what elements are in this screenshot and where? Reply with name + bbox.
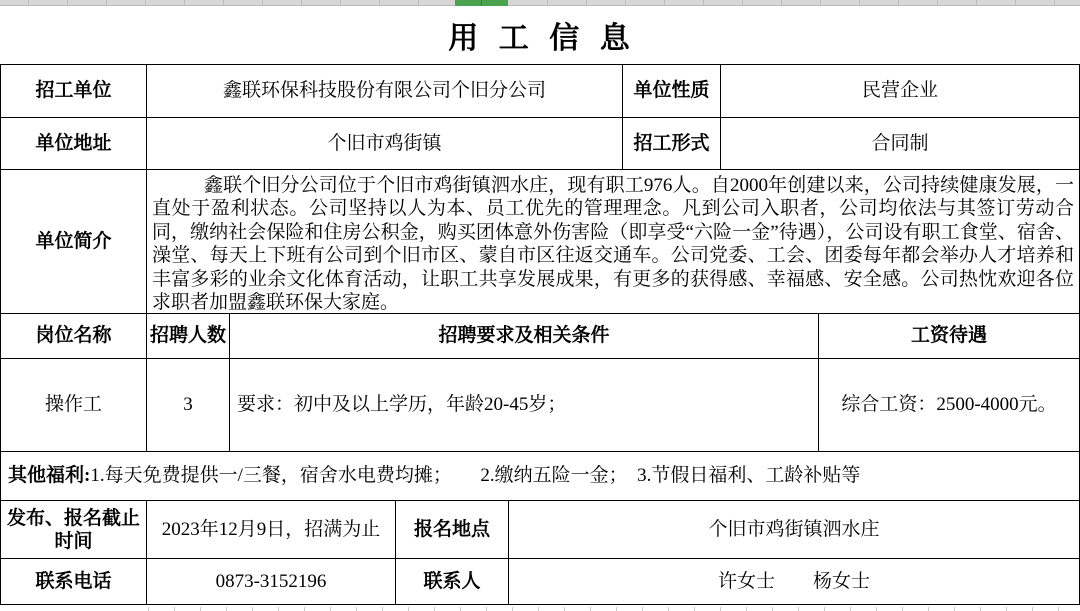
grid-tick: [824, 607, 825, 611]
unit-intro-text-cell[interactable]: 鑫联个旧分公司位于个旧市鸡街镇泗水庄，现有职工976人。自2000年创建以来，公…: [147, 170, 1079, 313]
job-requirements: 要求：初中及以上学历，年龄20-45岁；: [237, 393, 566, 416]
recruit-unit-value: 鑫联环保科技股份有限公司个旧分公司: [223, 79, 546, 102]
title-row[interactable]: 用 工 信 息: [0, 6, 1080, 63]
grid-tick: [304, 607, 305, 611]
jobs-header-salary: 工资待遇: [911, 324, 987, 347]
worksheet-canvas: 用 工 信 息 招工单位 鑫联环保科技股份有限公司个旧分公司 单位性质 民营企业…: [0, 0, 1080, 611]
grid-tick: [720, 607, 721, 611]
jobs-header-headcount: 招聘人数: [150, 324, 226, 347]
grid-tick: [460, 607, 461, 611]
row-unit-intro: 单位简介 鑫联个旧分公司位于个旧市鸡街镇泗水庄，现有职工976人。自2000年创…: [1, 170, 1079, 314]
unit-nature-label-cell[interactable]: 单位性质: [623, 65, 721, 117]
job-headcount-cell[interactable]: 3: [147, 359, 230, 451]
grid-tick: [798, 607, 799, 611]
grid-tick: [616, 607, 617, 611]
employment-info-table: 招工单位 鑫联环保科技股份有限公司个旧分公司 单位性质 民营企业 单位地址 个旧…: [0, 64, 1080, 605]
benefits-text: 1.每天免费提供一/三餐，宿舍水电费均摊； 2.缴纳五险一金； 3.节假日福利、…: [90, 464, 860, 487]
grid-tick: [642, 607, 643, 611]
grid-tick: [512, 607, 513, 611]
job-position: 操作工: [45, 393, 102, 416]
row-deadline: 发布、报名截止时间 2023年12月9日，招满为止 报名地点 个旧市鸡街镇泗水庄: [1, 501, 1079, 559]
signup-place-label-cell[interactable]: 报名地点: [396, 501, 509, 558]
row-recruit-unit: 招工单位 鑫联环保科技股份有限公司个旧分公司 单位性质 民营企业: [1, 65, 1079, 118]
grid-tick: [174, 607, 175, 611]
unit-nature-value: 民营企业: [862, 79, 938, 102]
row-contact: 联系电话 0873-3152196 联系人 许女士 杨女士: [1, 559, 1079, 604]
signup-place-value: 个旧市鸡街镇泗水庄: [708, 518, 879, 541]
unit-intro-text: 鑫联个旧分公司位于个旧市鸡街镇泗水庄，现有职工976人。自2000年创建以来，公…: [147, 170, 1079, 313]
grid-tick: [382, 607, 383, 611]
deadline-value-cell[interactable]: 2023年12月9日，招满为止: [147, 501, 396, 558]
unit-intro-label-cell[interactable]: 单位简介: [1, 170, 147, 313]
contact-value: 许女士 杨女士: [718, 570, 870, 593]
phone-label: 联系电话: [35, 570, 111, 593]
job-position-cell[interactable]: 操作工: [1, 359, 147, 451]
contact-label: 联系人: [423, 570, 480, 593]
page-title: 用 工 信 息: [448, 13, 632, 57]
jobs-header-requirements-cell[interactable]: 招聘要求及相关条件: [230, 314, 819, 358]
deadline-value: 2023年12月9日，招满为止: [162, 518, 381, 541]
jobs-header-headcount-cell[interactable]: 招聘人数: [147, 314, 230, 358]
spreadsheet-bottom-edge: [0, 607, 1080, 611]
contact-label-cell[interactable]: 联系人: [396, 559, 509, 604]
grid-tick: [564, 607, 565, 611]
recruit-unit-label-cell[interactable]: 招工单位: [1, 65, 147, 117]
recruit-form-label: 招工形式: [633, 132, 709, 155]
grid-tick: [252, 607, 253, 611]
grid-tick: [668, 607, 669, 611]
unit-intro-label: 单位简介: [35, 230, 111, 253]
grid-tick: [148, 607, 149, 611]
phone-value: 0873-3152196: [216, 570, 327, 593]
grid-tick: [1058, 607, 1059, 611]
deadline-label-cell[interactable]: 发布、报名截止时间: [1, 501, 147, 558]
benefits-label: 其他福利:: [8, 464, 90, 487]
job-headcount: 3: [183, 393, 193, 416]
grid-tick: [1006, 607, 1007, 611]
grid-tick: [200, 607, 201, 611]
unit-address-value: 个旧市鸡街镇: [327, 132, 441, 155]
grid-tick: [226, 607, 227, 611]
recruit-unit-value-cell[interactable]: 鑫联环保科技股份有限公司个旧分公司: [147, 65, 623, 117]
benefits-cell[interactable]: 其他福利:1.每天免费提供一/三餐，宿舍水电费均摊； 2.缴纳五险一金； 3.节…: [1, 452, 1079, 500]
phone-value-cell[interactable]: 0873-3152196: [147, 559, 396, 604]
grid-tick: [850, 607, 851, 611]
grid-tick: [980, 607, 981, 611]
grid-tick: [772, 607, 773, 611]
grid-tick: [408, 607, 409, 611]
grid-tick: [356, 607, 357, 611]
recruit-form-label-cell[interactable]: 招工形式: [623, 118, 721, 169]
unit-address-value-cell[interactable]: 个旧市鸡街镇: [147, 118, 623, 169]
grid-tick: [538, 607, 539, 611]
row-job-0: 操作工 3 要求：初中及以上学历，年龄20-45岁； 综合工资：2500-400…: [1, 359, 1079, 452]
grid-tick: [876, 607, 877, 611]
grid-tick: [928, 607, 929, 611]
recruit-unit-label: 招工单位: [35, 79, 111, 102]
grid-tick: [954, 607, 955, 611]
grid-tick: [330, 607, 331, 611]
row-benefits: 其他福利:1.每天免费提供一/三餐，宿舍水电费均摊； 2.缴纳五险一金； 3.节…: [1, 452, 1079, 501]
jobs-header-position: 岗位名称: [35, 324, 111, 347]
jobs-header-salary-cell[interactable]: 工资待遇: [819, 314, 1079, 358]
deadline-label: 发布、报名截止时间: [1, 507, 146, 553]
grid-tick: [434, 607, 435, 611]
row-unit-address: 单位地址 个旧市鸡街镇 招工形式 合同制: [1, 118, 1079, 170]
grid-tick: [590, 607, 591, 611]
signup-place-value-cell[interactable]: 个旧市鸡街镇泗水庄: [509, 501, 1079, 558]
jobs-header-requirements: 招聘要求及相关条件: [438, 324, 609, 347]
jobs-header-position-cell[interactable]: 岗位名称: [1, 314, 147, 358]
unit-address-label-cell[interactable]: 单位地址: [1, 118, 147, 169]
job-salary-cell[interactable]: 综合工资：2500-4000元。: [819, 359, 1079, 451]
unit-address-label: 单位地址: [35, 132, 111, 155]
grid-tick: [1032, 607, 1033, 611]
grid-tick: [746, 607, 747, 611]
recruit-form-value-cell[interactable]: 合同制: [721, 118, 1079, 169]
row-jobs-header: 岗位名称 招聘人数 招聘要求及相关条件 工资待遇: [1, 314, 1079, 359]
phone-label-cell[interactable]: 联系电话: [1, 559, 147, 604]
grid-tick: [278, 607, 279, 611]
unit-nature-value-cell[interactable]: 民营企业: [721, 65, 1079, 117]
contact-value-cell[interactable]: 许女士 杨女士: [509, 559, 1079, 604]
signup-place-label: 报名地点: [414, 518, 490, 541]
job-requirements-cell[interactable]: 要求：初中及以上学历，年龄20-45岁；: [230, 359, 819, 451]
grid-tick: [486, 607, 487, 611]
grid-tick: [902, 607, 903, 611]
recruit-form-value: 合同制: [871, 132, 928, 155]
job-salary: 综合工资：2500-4000元。: [841, 393, 1056, 416]
grid-tick: [694, 607, 695, 611]
unit-nature-label: 单位性质: [633, 79, 709, 102]
